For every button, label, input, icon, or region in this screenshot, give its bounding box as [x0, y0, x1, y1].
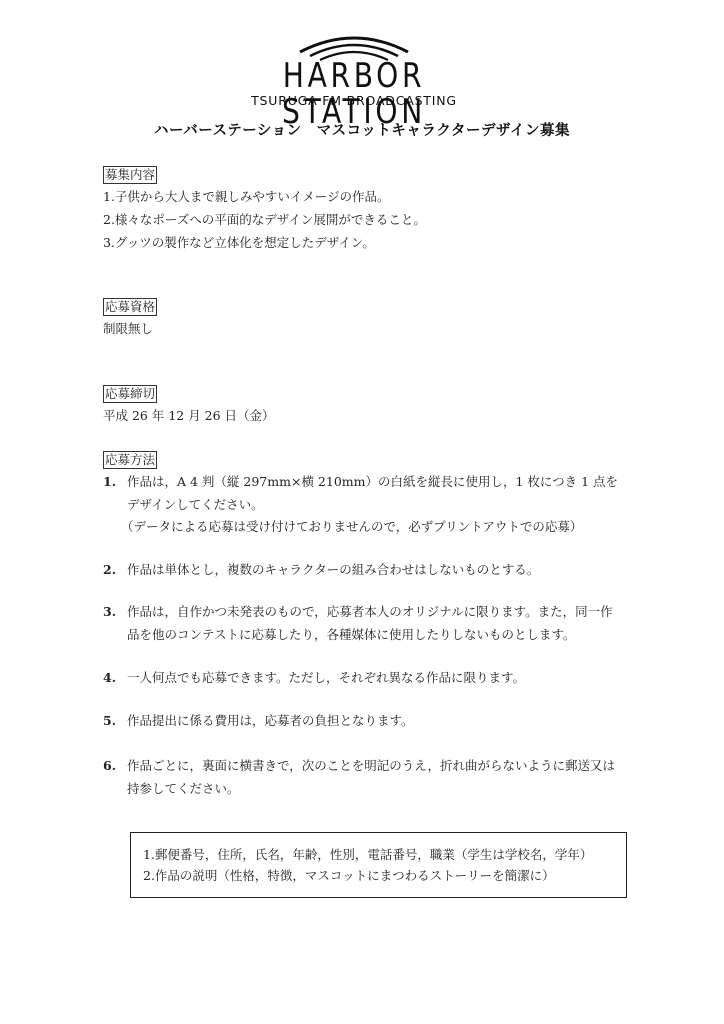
method-item-6: 6.作品ごとに，裏面に横書きで，次のことを明記のうえ，折れ曲がらないように郵送又… [103, 758, 615, 774]
method-item-text: 一人何点でも応募できます。ただし，それぞれ異なる作品に限ります。 [127, 670, 525, 685]
method-item-number: 4. [103, 670, 127, 686]
contents-item-3: 3.グッツの製作など立体化を想定したデザイン。 [103, 235, 375, 251]
contents-item-2: 2.様々なポーズへの平面的なデザイン展開ができること。 [103, 212, 426, 228]
method-item-number: 2. [103, 562, 127, 578]
method-item-3-line-2: 品を他のコンテストに応募したり，各種媒体に使用したりしないものとします。 [127, 627, 576, 643]
method-item-text: 作品は，A 4 判（縦 297mm×横 210mm）の白紙を縦長に使用し，1 枚… [127, 474, 618, 489]
method-item-2: 2.作品は単体とし，複数のキャラクターの組み合わせはしないものとする。 [103, 562, 539, 578]
method-item-1-note: （データによる応募は受け付けておりませんので，必ずプリントアウトでの応募） [121, 519, 582, 535]
eligibility-text: 制限無し [103, 321, 153, 337]
harbor-station-logo: HARBOR STATION TSURUGA FM BROADCASTING [214, 30, 494, 106]
deadline-text: 平成 26 年 12 月 26 日（金） [103, 408, 275, 424]
method-item-3: 3.作品は，自作かつ未発表のもので，応募者本人のオリジナルに限ります。また，同一… [103, 604, 613, 620]
method-item-6-line-2: 持参してください。 [127, 781, 240, 797]
section-heading-contents: 募集内容 [103, 166, 157, 184]
method-item-text: 作品提出に係る費用は，応募者の負担となります。 [127, 713, 414, 728]
document-title: ハーバーステーション マスコットキャラクターデザイン募集 [0, 119, 724, 140]
method-item-text: 作品は単体とし，複数のキャラクターの組み合わせはしないものとする。 [127, 562, 539, 577]
section-heading-deadline: 応募締切 [103, 385, 157, 403]
method-item-number: 5. [103, 713, 127, 729]
logo-subtitle: TSURUGA FM BROADCASTING [214, 94, 494, 107]
method-item-1-line-2: デザインしてください。 [127, 497, 264, 513]
method-item-number: 1. [103, 474, 127, 490]
method-item-text: 作品ごとに，裏面に横書きで，次のことを明記のうえ，折れ曲がらないように郵送又は [127, 758, 615, 773]
section-heading-method: 応募方法 [103, 451, 157, 469]
method-item-4: 4.一人何点でも応募できます。ただし，それぞれ異なる作品に限ります。 [103, 670, 525, 686]
info-box-line-1: 1.郵便番号，住所，氏名，年齢，性別，電話番号，職業（学生は学校名，学年） [143, 847, 592, 863]
method-item-1: 1.作品は，A 4 判（縦 297mm×横 210mm）の白紙を縦長に使用し，1… [103, 474, 618, 490]
method-item-text: 作品は，自作かつ未発表のもので，応募者本人のオリジナルに限ります。また，同一作 [127, 604, 613, 619]
section-heading-eligibility: 応募資格 [103, 298, 157, 316]
method-item-number: 3. [103, 604, 127, 620]
method-item-number: 6. [103, 758, 127, 774]
info-box-line-2: 2.作品の説明（性格，特徴，マスコットにまつわるストーリーを簡潔に） [143, 868, 555, 884]
required-info-box: 1.郵便番号，住所，氏名，年齢，性別，電話番号，職業（学生は学校名，学年） 2.… [130, 832, 627, 898]
method-item-5: 5.作品提出に係る費用は，応募者の負担となります。 [103, 713, 414, 729]
contents-item-1: 1.子供から大人まで親しみやすいイメージの作品。 [103, 189, 390, 205]
